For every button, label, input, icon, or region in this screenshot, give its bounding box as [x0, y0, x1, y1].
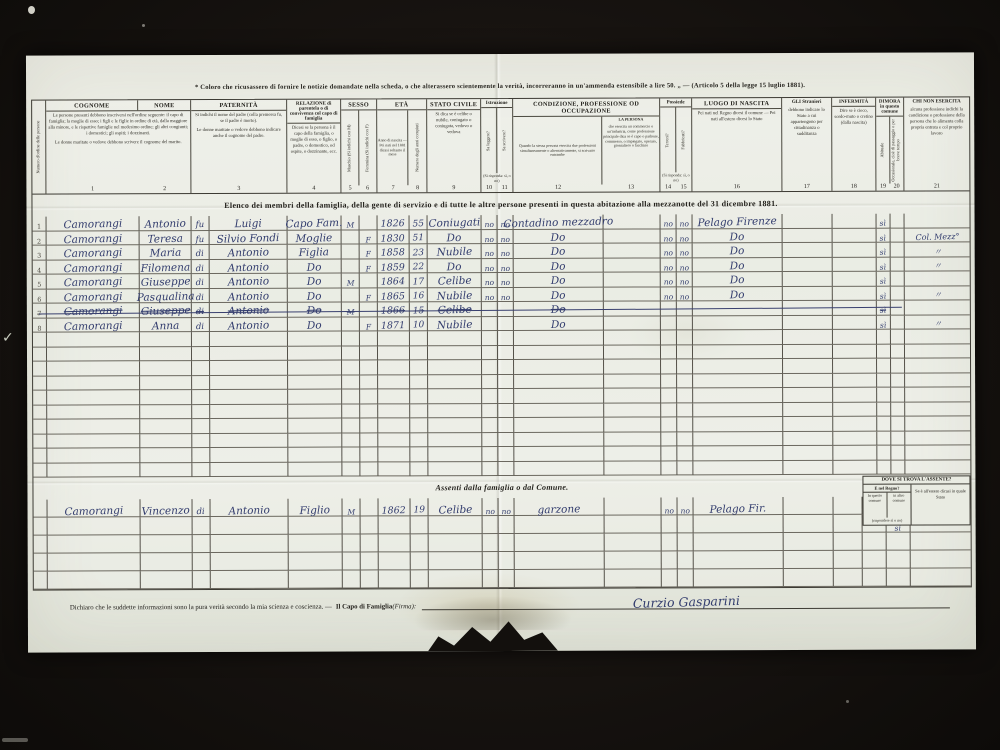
- cell-stran: [783, 228, 833, 243]
- cell-rel: Do: [288, 274, 342, 289]
- cell-anno: [378, 418, 410, 433]
- handwritten-entry: Pasqualina: [136, 291, 194, 303]
- cell-luogo: [693, 432, 783, 447]
- cell-dimo: [891, 286, 905, 301]
- cell-legge: [482, 331, 498, 346]
- handwritten-entry: 4: [37, 267, 41, 274]
- handwritten-entry: 6: [37, 296, 41, 303]
- handwritten-entry: di: [196, 250, 204, 259]
- handwritten-entry: no: [663, 278, 673, 286]
- dimora-title: DIMORA in questo comune: [876, 98, 903, 117]
- cell-estero: [911, 550, 971, 568]
- handwritten-entry: 〃: [933, 262, 941, 270]
- cell-pat: [210, 390, 288, 405]
- cell-f: [360, 360, 378, 375]
- cell-stran: [784, 533, 834, 551]
- cell-nome: Maria: [140, 245, 192, 260]
- cell-persona: [604, 272, 661, 287]
- cell-regq: [863, 533, 887, 551]
- cell-luogo: [693, 403, 783, 418]
- cell-luogo: [694, 551, 784, 569]
- handwritten-entry: no: [664, 507, 674, 515]
- cell-anni: [410, 404, 428, 419]
- cell-f: [360, 215, 378, 230]
- handwritten-entry: Nubile: [436, 247, 472, 258]
- handwritten-entry: Camorangi: [63, 320, 122, 332]
- cell-stato: Nubile: [428, 288, 482, 303]
- cell-luogo: Do: [693, 258, 783, 273]
- col-infermita: INFERMITÀ Dire se è cieco, sordo-muto o …: [832, 98, 876, 191]
- cell-f: F: [360, 288, 378, 303]
- cell-legge: no: [482, 244, 498, 259]
- handwritten-entry: di: [196, 264, 204, 273]
- cell-fabbricati: [678, 515, 694, 533]
- cell-stato: [428, 418, 482, 433]
- cell-m: [342, 244, 360, 259]
- cell-luogo: Do: [693, 287, 783, 302]
- cell-fabbricati: no: [677, 214, 693, 229]
- cell-terreni: [661, 461, 677, 476]
- cell-anni: [410, 447, 428, 462]
- cell-stato: [429, 516, 483, 534]
- col-num-5: 5: [341, 185, 359, 192]
- cell-anni: 23: [410, 244, 428, 259]
- cell-stato: [428, 447, 482, 462]
- sa-scrivere-label: Sa scrivere?: [502, 130, 507, 151]
- handwritten-entry: 2: [37, 238, 41, 245]
- cell-pat: [210, 419, 288, 434]
- cell-cond: Do: [514, 244, 604, 259]
- cell-pp: [192, 448, 210, 463]
- paper-speck: [142, 24, 145, 27]
- handwritten-entry: 1859: [381, 263, 405, 273]
- cell-num: 1: [33, 217, 47, 232]
- cell-dimo: [891, 301, 905, 316]
- cell-rel: Do: [288, 259, 342, 274]
- stranieri-desc: debbono indicare lo Stato a cui apparten…: [782, 106, 831, 184]
- handwritten-entry: fu: [196, 221, 205, 230]
- cell-cognome: Camorangi: [47, 245, 140, 260]
- cell-stato: [428, 331, 482, 346]
- col-num-19: 19: [876, 184, 890, 191]
- cell-stran: [783, 417, 833, 432]
- cell-anno: [379, 552, 411, 570]
- cell-inf: [833, 460, 877, 475]
- cell-nome: Filomena: [140, 260, 192, 275]
- cell-stran: [783, 243, 833, 258]
- cell-anni: [410, 462, 428, 477]
- cell-scrive: [498, 403, 514, 418]
- cell-legge: no: [482, 230, 498, 245]
- cell-terreni: no: [661, 272, 677, 287]
- cell-pp: di: [192, 303, 210, 318]
- cell-m: [342, 331, 360, 346]
- cell-m: [343, 570, 361, 588]
- cell-fabbricati: no: [677, 229, 693, 244]
- handwritten-entry: Antonio: [227, 276, 269, 288]
- cell-stato: Celibe: [428, 302, 482, 317]
- cell-cognome: Camorangi: [47, 303, 140, 318]
- handwritten-entry: no: [484, 250, 494, 258]
- questo-comune-label: In questo comune: [863, 493, 887, 518]
- cell-f: [360, 418, 378, 433]
- cell-num: [34, 554, 48, 572]
- cell-dima: [877, 402, 891, 417]
- cell-num: [33, 391, 47, 406]
- cell-num: [34, 500, 48, 518]
- cell-dima: [877, 373, 891, 388]
- infermita-desc: Dire se è cieco, sordo-muto o cretino (d…: [832, 107, 875, 184]
- cell-num: [33, 376, 47, 391]
- cell-anno: 1858: [378, 244, 410, 259]
- cell-luogo: [693, 316, 783, 331]
- cell-stato: [428, 433, 482, 448]
- cell-anno: [379, 534, 411, 552]
- cell-anni: 51: [410, 230, 428, 245]
- col-num-7: 7: [377, 185, 408, 192]
- cell-pat: [210, 361, 288, 376]
- cell-chi: 〃: [905, 257, 970, 272]
- cell-legge: [482, 346, 498, 361]
- cell-inf: [833, 417, 877, 432]
- cell-stato: Coniugati: [428, 215, 482, 230]
- cell-f: [361, 498, 379, 516]
- cell-nome: Anna: [140, 318, 192, 333]
- cell-fabbricati: no: [678, 497, 694, 515]
- cell-dima: [877, 359, 891, 374]
- cell-persona: [604, 403, 661, 418]
- cell-inf: [833, 388, 877, 403]
- handwritten-entry: Camorangi: [63, 248, 122, 260]
- cell-num: [33, 449, 47, 464]
- handwritten-entry: M: [346, 308, 354, 316]
- handwritten-entry: Camorangi: [63, 262, 122, 274]
- cell-stato: [428, 404, 482, 419]
- cell-fabbricati: [677, 345, 693, 360]
- head-of-family-label: Il Capo di Famiglia: [336, 603, 392, 610]
- cell-terreni: [662, 533, 678, 551]
- cell-fabbricati: [677, 359, 693, 374]
- cell-chi: 〃: [905, 286, 970, 301]
- condizione-12-desc: Quando la stessa persona esercita due pr…: [513, 142, 601, 159]
- cell-persona: [604, 432, 661, 447]
- cell-rel: Moglie: [288, 230, 342, 245]
- cell-nome: [140, 390, 192, 405]
- cell-chi: 〃: [905, 242, 970, 257]
- cell-nome: [141, 535, 193, 553]
- cell-chi: [905, 358, 970, 373]
- cell-stato: Celibe: [429, 498, 483, 516]
- handwritten-entry: Contadino mezzadro: [503, 216, 613, 230]
- condizione-title: CONDIZIONE, PROFESSIONE OD OCCUPAZIONE: [513, 98, 659, 117]
- handwritten-entry: Celibe: [437, 305, 471, 316]
- cell-nome: Giuseppe: [140, 303, 192, 318]
- cell-cond: garzone: [515, 498, 605, 516]
- cell-legge: [482, 433, 498, 448]
- cell-terreni: [661, 432, 677, 447]
- paper-speck: [846, 700, 849, 703]
- cell-num: [33, 362, 47, 377]
- cell-scrive: [499, 516, 515, 534]
- cell-dimo: [891, 388, 905, 403]
- cell-pp: [192, 419, 210, 434]
- paternita-title: PATERNITÀ: [191, 100, 286, 111]
- cell-scrive: [498, 316, 514, 331]
- col-condizione: CONDIZIONE, PROFESSIONE OD OCCUPAZIONE Q…: [513, 98, 660, 192]
- cell-anni: [411, 534, 429, 552]
- handwritten-entry: Giuseppe: [140, 276, 190, 288]
- cell-dima: sì: [877, 257, 891, 272]
- cell-luogo: [693, 359, 783, 374]
- nome-title: NOME: [138, 100, 190, 110]
- handwritten-entry: no: [485, 293, 495, 301]
- handwritten-entry: M: [346, 279, 354, 287]
- cell-inf: [833, 272, 877, 287]
- col-num-6: 6: [359, 185, 377, 192]
- cell-persona: [605, 497, 662, 515]
- cell-pat: [210, 332, 288, 347]
- handwritten-entry: Do: [307, 320, 322, 331]
- cell-num: [33, 434, 47, 449]
- dimora-abituale-label: Abituale: [880, 143, 885, 158]
- cell-terreni: [661, 301, 677, 316]
- cell-luogo: [694, 569, 784, 587]
- cell-anni: 16: [410, 288, 428, 303]
- signature: Curzio Gasparini: [632, 595, 739, 610]
- handwritten-entry: Camorangi: [63, 306, 122, 318]
- cell-cognome: [48, 571, 141, 589]
- handwritten-entry: sì: [880, 234, 886, 242]
- cell-chi: [905, 300, 970, 315]
- relazione-desc: Dicesi se la persona è il capo della fam…: [287, 124, 340, 186]
- cell-chi: [905, 271, 970, 286]
- cell-inf: [833, 243, 877, 258]
- paternita-desc: Si indichi il nome del padre (colla prem…: [191, 111, 286, 186]
- handwritten-entry: sì: [880, 307, 886, 315]
- cell-inf: [833, 373, 877, 388]
- cell-cognome: [47, 419, 140, 434]
- handwritten-entry: M: [346, 221, 354, 229]
- cell-f: [361, 552, 379, 570]
- cell-cond: [514, 374, 604, 389]
- cell-fabbricati: [677, 330, 693, 345]
- cell-scrive: [499, 534, 515, 552]
- handwritten-entry: Maria: [149, 248, 181, 259]
- cell-luogo: Pelago Fir.: [694, 497, 784, 515]
- cell-rel: Do: [288, 317, 342, 332]
- cell-colb: [834, 515, 863, 533]
- handwritten-entry: Giuseppe: [140, 305, 190, 317]
- cell-stran: [783, 446, 833, 461]
- cell-inf: [833, 446, 877, 461]
- cell-terreni: no: [661, 287, 677, 302]
- cell-stran: [784, 515, 834, 533]
- cell-nome: Giuseppe: [140, 274, 192, 289]
- cell-anno: [379, 516, 411, 534]
- handwritten-entry: no: [501, 507, 511, 515]
- cell-terreni: [661, 403, 677, 418]
- cell-num: [33, 333, 47, 348]
- cell-chi: [905, 329, 970, 344]
- cell-rel: [288, 433, 342, 448]
- cell-scrive: [498, 432, 514, 447]
- cell-rel: [288, 332, 342, 347]
- cell-stato: [428, 360, 482, 375]
- cell-stran: [783, 373, 833, 388]
- cell-estero: [911, 532, 971, 550]
- handwritten-entry: 〃: [933, 320, 941, 328]
- absent-location-header: DOVE SI TROVA L'ASSENTE? È nel Regno? In…: [862, 475, 970, 525]
- handwritten-entry: Do: [730, 275, 745, 286]
- cell-pat: [211, 571, 289, 589]
- cell-dimo: [891, 344, 905, 359]
- cell-pp: fu: [192, 231, 210, 246]
- col-luogo-nascita: LUOGO DI NASCITA Pei nati nel Regno dice…: [692, 98, 782, 191]
- cell-persona: [604, 345, 661, 360]
- cell-dimo: [891, 257, 905, 272]
- cell-anno: [378, 346, 410, 361]
- col-sesso: SESSO Maschio (Si indichi con M) Femmina…: [341, 99, 377, 192]
- handwritten-entry: F: [366, 294, 371, 302]
- cell-stran: [783, 359, 833, 374]
- cell-cognome: [47, 376, 140, 391]
- handwritten-entry: sì: [880, 249, 886, 257]
- cell-legge: [482, 418, 498, 433]
- cell-terreni: [661, 316, 677, 331]
- cell-dimo: [891, 431, 905, 446]
- cell-anno: [378, 331, 410, 346]
- cell-stran: [783, 272, 833, 287]
- handwritten-entry: 1858: [381, 248, 405, 258]
- cell-pat: Silvio Fondi: [210, 230, 288, 245]
- cell-num: 2: [33, 231, 47, 246]
- handwritten-entry: Moglie: [296, 233, 333, 245]
- handwritten-entry: sì: [880, 292, 886, 300]
- cell-pp: [192, 390, 210, 405]
- cell-num: [33, 463, 47, 478]
- handwritten-entry: 22: [412, 263, 424, 272]
- cell-inf: [833, 301, 877, 316]
- cell-nome: [141, 571, 193, 589]
- cell-anni: [411, 552, 429, 570]
- cell-persona: [604, 388, 661, 403]
- cell-terreni: [661, 374, 677, 389]
- cell-anno: 1866: [378, 302, 410, 317]
- cell-persona: [605, 551, 662, 569]
- col-row-number: Numero d'ordine delle persone: [32, 101, 46, 194]
- fabbricati-label: Fabbricati?: [681, 130, 686, 149]
- cell-dima: [877, 446, 891, 461]
- col-num-18: 18: [832, 184, 875, 191]
- handwritten-entry: Filomena: [140, 262, 190, 274]
- cell-terreni: no: [661, 243, 677, 258]
- cell-inf: [833, 257, 877, 272]
- handwritten-entry: no: [663, 220, 673, 228]
- handwritten-entry: 7: [37, 311, 41, 318]
- cell-persona: [604, 446, 661, 461]
- cell-m: [342, 375, 360, 390]
- cell-inf: [833, 214, 877, 229]
- cell-m: [342, 230, 360, 245]
- cell-anno: 1830: [378, 230, 410, 245]
- handwritten-entry: Do: [447, 261, 462, 272]
- col-num-16: 16: [692, 184, 781, 191]
- cell-m: [342, 346, 360, 361]
- cell-legge: no: [482, 259, 498, 274]
- relazione-title: RELAZIONE di parentela o di convivenza c…: [287, 100, 340, 124]
- cell-stran: [784, 551, 834, 569]
- paternita-desc-2: Le donne maritate o vedove debbono indic…: [193, 127, 284, 139]
- cell-nome: [140, 419, 192, 434]
- handwritten-entry: 19: [413, 506, 425, 515]
- cell-pat: [210, 448, 288, 463]
- cognome-desc-1: Le persone presenti debbono inscriversi …: [48, 112, 188, 136]
- present-list-title: Elenco dei membri della famiglia, della …: [32, 191, 969, 216]
- handwritten-entry: Antonio: [144, 219, 186, 231]
- handwritten-entry: Do: [307, 262, 322, 273]
- handwritten-entry: no: [680, 293, 690, 301]
- cell-cognome: [47, 434, 140, 449]
- terreni-label: Terreni?: [665, 133, 670, 147]
- cell-fabbricati: [677, 316, 693, 331]
- absent-section: Assenti dalla famiglia o dal Comune. DOV…: [33, 474, 970, 589]
- cell-rel: [289, 553, 343, 571]
- cell-pat: Antonio: [210, 303, 288, 318]
- handwritten-entry: Do: [551, 305, 566, 316]
- cell-dima: sì: [877, 243, 891, 258]
- cell-chi: [905, 344, 970, 359]
- cell-cognome: [47, 347, 140, 362]
- cell-scrive: no: [498, 258, 514, 273]
- cell-chi: [905, 431, 970, 446]
- cell-stran: [784, 497, 834, 515]
- handwritten-entry: Do: [307, 291, 322, 302]
- cell-luogo: Do: [693, 243, 783, 258]
- handwritten-entry: no: [500, 279, 510, 287]
- cell-luogo: [694, 515, 784, 533]
- handwritten-entry: sì: [880, 278, 886, 286]
- cell-fabbricati: [677, 403, 693, 418]
- handwritten-entry: Camorangi: [64, 505, 123, 517]
- handwritten-entry: Figlio: [300, 505, 331, 516]
- cell-dimo: [891, 243, 905, 258]
- handwritten-entry: 1871: [381, 321, 405, 331]
- handwritten-entry: 1865: [381, 292, 405, 302]
- cell-stato: [429, 534, 483, 552]
- cell-luogo: Do: [693, 229, 783, 244]
- cell-num: 4: [33, 260, 47, 275]
- cell-inf: [833, 228, 877, 243]
- cell-fabbricati: [677, 461, 693, 476]
- cell-pat: Antonio: [210, 245, 288, 260]
- cell-pat: Antonio: [210, 317, 288, 332]
- cell-m: [343, 534, 361, 552]
- row-number-label: Numero d'ordine delle persone: [36, 121, 41, 174]
- cell-stato: [428, 375, 482, 390]
- handwritten-entry: Camorangi: [63, 291, 122, 303]
- cell-anno: 1865: [378, 288, 410, 303]
- cell-nome: [140, 347, 192, 362]
- col-num-13: 13: [603, 184, 660, 191]
- cell-rel: [289, 535, 343, 553]
- handwritten-entry: Col. Mezz°: [915, 233, 959, 242]
- col-num-15: 15: [676, 184, 692, 191]
- cell-colb: [834, 497, 863, 515]
- cell-legge: [483, 570, 499, 588]
- cell-anni: 10: [410, 317, 428, 332]
- cell-anno: [378, 447, 410, 462]
- cell-cond: Contadino mezzadro: [514, 215, 604, 230]
